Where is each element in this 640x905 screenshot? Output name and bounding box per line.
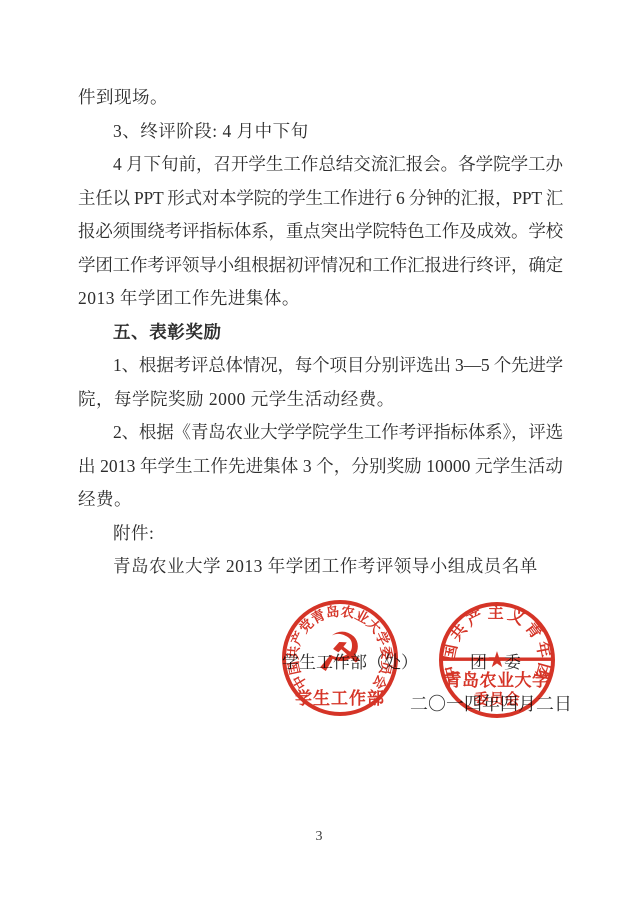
party-committee-seal: 中国共产党青岛农业大学委员会 ☭ 学生工作部 xyxy=(270,588,410,728)
seal-committee-label: 委员会 xyxy=(474,690,521,708)
body-line: 1、根据考评总体情况，每个项目分别评选出 3—5 个先进学 xyxy=(78,349,563,383)
star-icon: ★ xyxy=(487,647,507,672)
page-number: 3 xyxy=(289,829,349,845)
body-line: 主任以 PPT 形式对本学院的学生工作进行 6 分钟的汇报，PPT 汇 xyxy=(78,182,563,216)
body-line: 出 2013 年学生工作先进集体 3 个，分别奖励 10000 元学生活动 xyxy=(78,450,563,484)
body-line: 2、根据《青岛农业大学学院学生工作考评指标体系》，评选 xyxy=(78,416,563,450)
body-line: 经费。 xyxy=(78,483,563,517)
body-line: 4 月下旬前，召开学生工作总结交流汇报会。各学院学工办 xyxy=(78,148,563,182)
body-line: 青岛农业大学 2013 年学团工作考评领导小组成员名单 xyxy=(78,550,563,584)
seal-bottom-label: 学生工作部 xyxy=(295,688,385,708)
body-line: 学团工作考评领导小组根据初评情况和工作汇报进行终评，确定 xyxy=(78,249,563,283)
body-line: 2013 年学团工作先进集体。 xyxy=(78,282,563,316)
body-line: 报必须围绕考评指标体系，重点突出学院特色工作及成效。学校 xyxy=(78,215,563,249)
body-line: 附件: xyxy=(78,517,563,551)
body-line: 五、表彰奖励 xyxy=(78,316,563,350)
document-body: 件到现场。3、终评阶段: 4 月中下旬4 月下旬前，召开学生工作总结交流汇报会。… xyxy=(78,81,563,584)
body-line: 件到现场。 xyxy=(78,81,563,115)
body-line: 院，每学院奖励 2000 元学生活动经费。 xyxy=(78,383,563,417)
body-line: 3、终评阶段: 4 月中下旬 xyxy=(78,115,563,149)
seal-university-label: 青岛农业大学 xyxy=(445,670,550,690)
document-page: 件到现场。3、终评阶段: 4 月中下旬4 月下旬前，召开学生工作总结交流汇报会。… xyxy=(0,0,640,905)
youth-league-seal: 中国共产主义青年团 ★ 青岛农业大学 委员会 xyxy=(427,590,567,730)
hammer-sickle-icon: ☭ xyxy=(316,623,364,683)
